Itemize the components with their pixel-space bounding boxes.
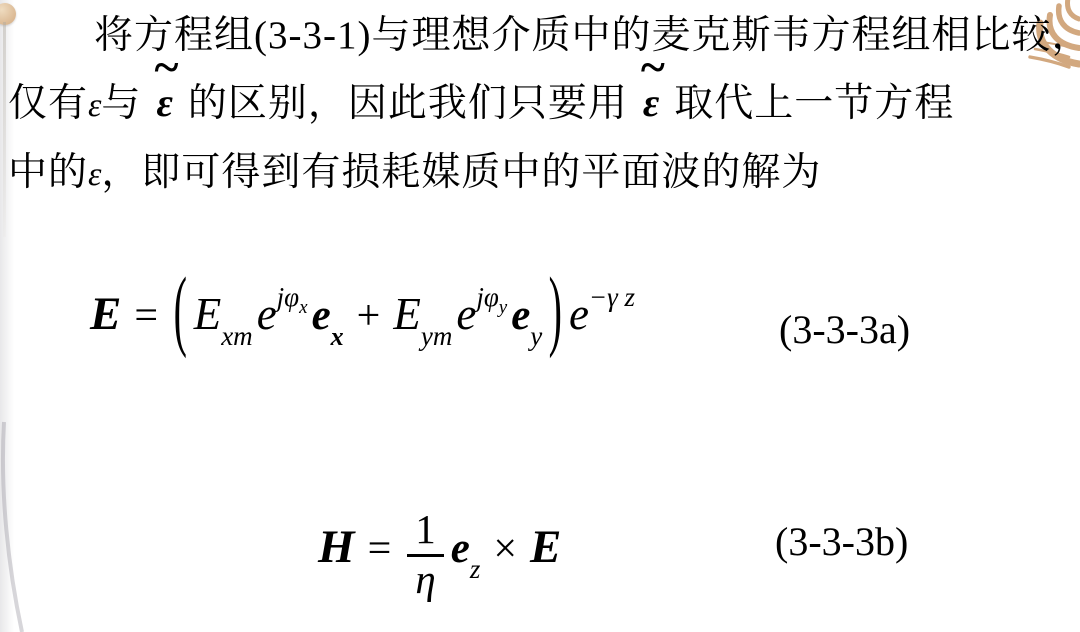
epsilon-tilde-symbol: ~ε bbox=[643, 69, 659, 137]
eq1-right-paren: ) bbox=[549, 256, 562, 360]
slide: 将方程组(3-3-1)与理想介质中的麦克斯韦方程组相比较， 仅有ε与~ε的区别，… bbox=[0, 0, 1080, 632]
epsilon-symbol: ε bbox=[88, 87, 101, 124]
paragraph-line-2: 仅有ε与~ε的区别，因此我们只要用~ε取代上一节方程 bbox=[8, 69, 1076, 139]
line3-text-1: 中的 bbox=[8, 151, 88, 194]
paragraph-line-3: 中的ε，即可得到有损耗媒质中的平面波的解为 bbox=[8, 139, 1076, 208]
eq2-equals: = bbox=[368, 526, 392, 572]
eq1-unit-vector-ey: e bbox=[511, 292, 530, 339]
eq1-damping-base: e bbox=[569, 289, 589, 339]
eq1-plus: + bbox=[357, 293, 381, 339]
equation-H-field: H = 1 η ez × E bbox=[318, 512, 561, 605]
eq1-Eym-sub: ym bbox=[421, 321, 452, 351]
eq2-vector-E: E bbox=[530, 521, 561, 573]
eq2-fraction-denominator: η bbox=[415, 558, 435, 601]
eq1-unit-vector-ey-sub: y bbox=[530, 321, 542, 351]
eq1-exp-x-base: e bbox=[257, 289, 277, 339]
eq1-Exm-base: E bbox=[194, 289, 222, 339]
eq2-unit-vector-ez-sub: z bbox=[470, 554, 481, 584]
eq1-exp-y-base: e bbox=[456, 289, 476, 339]
eq1-left-paren: ( bbox=[174, 256, 187, 360]
tilde-accent: ~ bbox=[641, 44, 663, 90]
eq2-fraction: 1 η bbox=[407, 508, 444, 601]
line2-text-3: 的区别，因此我们只要用 bbox=[188, 82, 628, 125]
line2-text-4: 取代上一节方程 bbox=[674, 82, 954, 125]
eq1-exp-x-supsub: x bbox=[299, 297, 307, 318]
line3-text-2: ，即可得到有损耗媒质中的平面波的解为 bbox=[101, 151, 821, 194]
eq1-damping-sup: −γ z bbox=[589, 282, 635, 312]
equation-E-field: E = ( Exm ejφx ex + Eym ejφy ey ) e−γ z bbox=[90, 282, 635, 352]
eq2-fraction-numerator: 1 bbox=[407, 508, 444, 551]
tilde-accent: ~ bbox=[154, 44, 176, 90]
left-edge-curve-decoration bbox=[0, 417, 30, 632]
line2-text-1: 仅有 bbox=[8, 82, 88, 125]
eq1-unit-vector-ex: e bbox=[312, 292, 331, 339]
epsilon-symbol: ε bbox=[88, 156, 101, 193]
paragraph: 将方程组(3-3-1)与理想介质中的麦克斯韦方程组相比较， 仅有ε与~ε的区别，… bbox=[8, 2, 1076, 208]
eq1-Eym-base: E bbox=[393, 289, 421, 339]
eq1-Exm-sub: xm bbox=[221, 321, 252, 351]
eq1-exp-y-supsub: y bbox=[499, 297, 507, 318]
bead-string-decoration bbox=[3, 22, 6, 237]
line1-text: 将方程组(3-3-1)与理想介质中的麦克斯韦方程组相比较， bbox=[94, 14, 1080, 57]
equation-number-3-3-3b: (3-3-3b) bbox=[775, 518, 908, 565]
eq1-equals: = bbox=[134, 293, 158, 339]
epsilon-tilde-symbol: ~ε bbox=[156, 69, 172, 137]
eq1-vector-E: E bbox=[90, 288, 121, 340]
eq2-vector-H: H bbox=[318, 521, 355, 573]
eq2-cross-product: × bbox=[493, 526, 517, 572]
eq2-unit-vector-ez: e bbox=[451, 525, 470, 572]
eq1-exp-x-sup: jφx bbox=[277, 282, 308, 312]
line2-text-2: 与 bbox=[101, 82, 141, 125]
eq1-unit-vector-ex-sub: x bbox=[331, 322, 344, 351]
eq1-exp-y-sup: jφy bbox=[476, 282, 507, 312]
equation-number-3-3-3a: (3-3-3a) bbox=[779, 306, 910, 353]
